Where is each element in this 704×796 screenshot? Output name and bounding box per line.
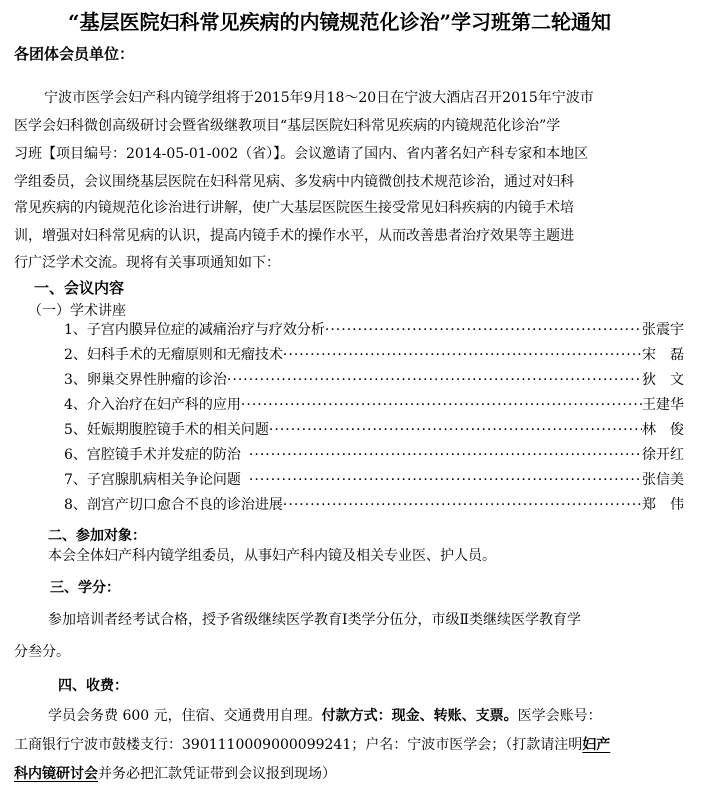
leader-dots (325, 321, 642, 339)
lecture-speaker: 王建华 (642, 396, 684, 414)
lecture-topic: 5、妊娠期腹腔镜手术的相关问题 (64, 421, 269, 439)
remittance-note-text: 并务必把汇款凭证带到会议报到现场） (98, 766, 336, 782)
intro-line: 常见疾病的内镜规范化诊治进行讲解，使广大基层医院医生接受常见妇科疾病的内镜手术培 (14, 200, 574, 216)
salutation: 各团体会员单位： (14, 46, 134, 62)
section-heading-credits: 三、学分： (50, 580, 120, 596)
lecture-item: 6、宫腔镜手术并发症的防治徐开红 (64, 446, 684, 464)
section-heading-meeting-content: 一、会议内容 (34, 280, 124, 296)
payment-methods: 付款方式：现金、转账、支票。 (322, 708, 518, 724)
note-line: 科内镜研讨会并务必把汇款凭证带到会议报到现场） (14, 766, 336, 782)
intro-line: 行广泛学术交流。现将有关事项通知如下： (14, 255, 280, 271)
leader-dots (249, 446, 642, 464)
lecture-item: 3、卵巢交界性肿瘤的诊治狄 文 (64, 371, 684, 389)
lecture-item: 1、子宫内膜异位症的减痛治疗与疗效分析张震宇 (64, 321, 684, 339)
lecture-item: 2、妇科手术的无瘤原则和无瘤技术宋 磊 (64, 346, 684, 364)
lecture-item: 7、子宫腺肌病相关争论问题张信美 (64, 471, 684, 489)
section-heading-participants: 二、参加对象： (48, 528, 146, 544)
section-heading-fees: 四、收费： (58, 678, 128, 694)
remittance-note-highlight: 妇产 (582, 737, 610, 753)
leader-dots (283, 496, 642, 514)
lecture-topic: 3、卵巢交界性肿瘤的诊治 (64, 371, 227, 389)
intro-line: 学组委员，会议围绕基层医院在妇科常见病、多发病中内镜微创技术规范诊治，通过对妇科 (14, 174, 574, 190)
subheading-lectures: （一）学术讲座 (28, 303, 126, 319)
lecture-topic: 6、宫腔镜手术并发症的防治 (64, 446, 241, 464)
bank-account-text: 工商银行宁波市鼓楼支行：3901110009000099241；户名：宁波市医学… (14, 737, 582, 753)
page-title: “基层医院妇科常见疾病的内镜规范化诊治”学习班第二轮通知 (68, 10, 611, 34)
intro-line: 医学会妇科微创高级研讨会暨省级继教项目“基层医院妇科常见疾病的内镜规范化诊治”学 (14, 118, 560, 134)
lecture-item: 5、妊娠期腹腔镜手术的相关问题林 俊 (64, 421, 684, 439)
leader-dots (283, 346, 642, 364)
credits-text-line: 分叁分。 (14, 644, 70, 660)
lecture-speaker: 宋 磊 (642, 346, 684, 364)
lecture-topic: 8、剖宫产切口愈合不良的诊治进展 (64, 496, 283, 514)
leader-dots (249, 471, 642, 489)
lecture-speaker: 徐开红 (642, 446, 684, 464)
remittance-note-highlight: 科内镜研讨会 (14, 766, 98, 782)
lecture-speaker: 张震宇 (642, 321, 684, 339)
lecture-topic: 4、介入治疗在妇产科的应用 (64, 396, 241, 414)
participants-text: 本会全体妇产科内镜学组委员，从事妇产科内镜及相关专业医、护人员。 (48, 548, 496, 564)
lecture-topic: 7、子宫腺肌病相关争论问题 (64, 471, 241, 489)
fee-text: 学员会务费 600 元，住宿、交通费用自理。 (48, 708, 322, 724)
intro-line: 训，增强对妇科常见病的认识，提高内镜手术的操作水平，从而改善患者治疗效果等主题进 (14, 228, 574, 244)
account-label: 医学会账号： (518, 708, 602, 724)
lecture-topic: 2、妇科手术的无瘤原则和无瘤技术 (64, 346, 283, 364)
intro-line: 宁波市医学会妇产科内镜学组将于2015年9月18～20日在宁波大酒店召开2015… (44, 90, 594, 106)
bank-line: 工商银行宁波市鼓楼支行：3901110009000099241；户名：宁波市医学… (14, 737, 610, 753)
lecture-item: 4、介入治疗在妇产科的应用王建华 (64, 396, 684, 414)
lecture-speaker: 张信美 (642, 471, 684, 489)
lecture-speaker: 郑 伟 (642, 496, 684, 514)
fee-line: 学员会务费 600 元，住宿、交通费用自理。付款方式：现金、转账、支票。医学会账… (48, 708, 602, 724)
leader-dots (227, 371, 642, 389)
lecture-topic: 1、子宫内膜异位症的减痛治疗与疗效分析 (64, 321, 325, 339)
lecture-speaker: 狄 文 (642, 371, 684, 389)
leader-dots (241, 396, 642, 414)
intro-line: 习班【项目编号：2014-05-01-002（省）】。会议邀请了国内、省内著名妇… (14, 146, 588, 162)
lecture-speaker: 林 俊 (642, 421, 684, 439)
credits-text-line: 参加培训者经考试合格，授予省级继续医学教育Ⅰ类学分伍分，市级Ⅱ类继续医学教育学 (48, 612, 581, 628)
lecture-item: 8、剖宫产切口愈合不良的诊治进展郑 伟 (64, 496, 684, 514)
leader-dots (269, 421, 642, 439)
